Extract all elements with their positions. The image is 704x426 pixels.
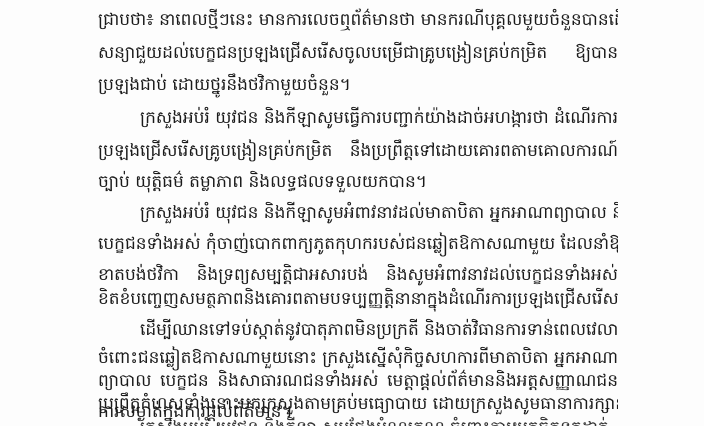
paragraph-3-line-1: ក្រសួងអប់រំ យុវជន និងកីឡាសូមអំពាវនាវដល់ម… <box>140 197 618 229</box>
paragraph-3-line-4: ខិតខំបញ្ចេញសមត្ថភាពនិងគោរពតាមបទប្បញ្ញត្ត… <box>98 283 618 315</box>
paragraph-3-line-2: បេក្ខជនទាំងអស់ កុំចាញ់បោកពាក្យភូតកុហករបស… <box>98 228 618 260</box>
partial-next-line: ក្រសួងអប់រំ យុវជន និងកីឡា សូមថ្លែងអំណរគុ… <box>140 412 618 426</box>
paragraph-1-line-2: សន្យាជួយដល់បេក្ខជនប្រឡងជ្រើសរើសចូលបម្រើជ… <box>98 37 618 69</box>
paragraph-1-line-3: ប្រឡងជាប់ ដោយថ្នូរនឹងថវិកាមួយចំនួន។ <box>98 69 618 101</box>
paragraph-2-line-1: ក្រសួងអប់រំ យុវជន និងកីឡាសូមធ្វើការបញ្ជា… <box>140 102 618 134</box>
paragraph-2-line-2: ប្រឡងជ្រើសរើសគ្រូបង្រៀនគ្រប់កម្រិត នឹងប្… <box>98 135 618 167</box>
paragraph-2-line-3: ច្បាប់ យុត្តិធម៌ តម្លាភាព និងលទ្ធផលទទួលយ… <box>98 166 618 198</box>
paragraph-1-line-1: ជ្រាបថា៖ នាពេលថ្មីៗនេះ មានការលេចឮព័ត៌មាន… <box>98 4 618 36</box>
document-page: ជ្រាបថា៖ នាពេលថ្មីៗនេះ មានការលេចឮព័ត៌មាន… <box>0 0 704 426</box>
